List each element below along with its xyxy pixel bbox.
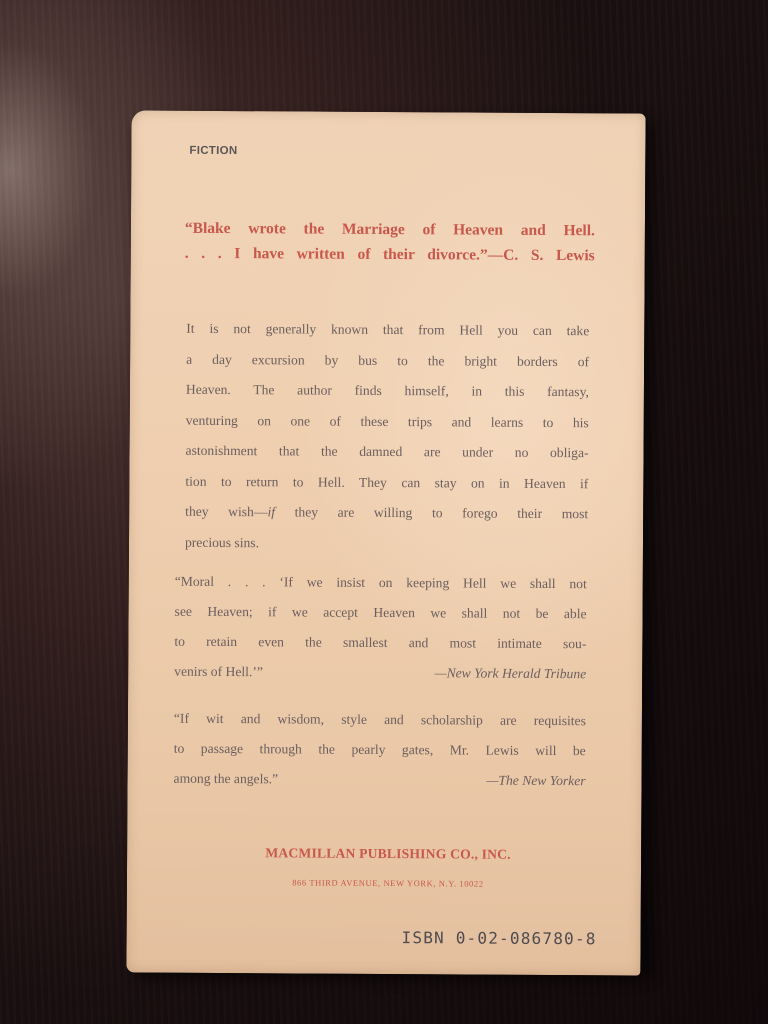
review-line: “Moral . . . ‘If we insist on keeping He… [175,567,587,600]
blurb-line: precious sins. [185,527,588,560]
genre-label: FICTION [189,145,237,157]
review-herald-tribune: “Moral . . . ‘If we insist on keeping He… [174,567,587,690]
review-line: see Heaven; if we accept Heaven we shall… [174,597,586,630]
blurb-line: It is not generally known that from Hell… [186,314,589,347]
review-new-yorker: “If wit and wisdom, style and scholarshi… [173,704,586,797]
review-source: —New York Herald Tribune [434,658,586,689]
review-final-line: venirs of Hell.’” —New York Herald Tribu… [174,657,586,690]
blurb-line: tion to return to Hell. They can stay on… [185,466,588,499]
review-line: to retain even the smallest and most int… [174,627,586,660]
review-source: —The New Yorker [486,766,585,797]
blurb-line: a day excursion by bus to the bright bor… [186,344,589,377]
blurb-text: they are willing to forego their most [275,504,588,521]
epigraph-line: . . . I have written of their divorce.”—… [185,241,595,269]
blurb-text: they wish— [185,504,267,520]
epigraph-quote: “Blake wrote the Marriage of Heaven and … [185,216,595,269]
review-final-line: among the angels.” —The New Yorker [173,764,585,797]
blurb-line-mixed: they wish—if they are willing to forego … [185,497,588,530]
blurb-emphasis: if [267,504,275,519]
review-line: to passage through the pearly gates, Mr.… [174,734,586,767]
review-line: among the angels.” [173,764,278,795]
epigraph-line: “Blake wrote the Marriage of Heaven and … [185,216,595,244]
publisher-address: 866 THIRD AVENUE, NEW YORK, N.Y. 10022 [127,876,641,889]
blurb-line: Heaven. The author finds himself, in thi… [186,375,589,408]
review-line: “If wit and wisdom, style and scholarshi… [174,704,586,737]
blurb-line: astonishment that the damned are under n… [185,436,588,469]
book-back-cover: FICTION “Blake wrote the Marriage of Hea… [126,110,645,975]
isbn-number: ISBN 0-02-086780-8 [402,928,597,948]
review-line: venirs of Hell.’” [174,657,263,688]
blurb-line: venturing on one of these trips and lear… [186,405,589,438]
publisher-name: MACMILLAN PUBLISHING CO., INC. [127,844,641,863]
book-blurb: It is not generally known that from Hell… [185,314,589,560]
